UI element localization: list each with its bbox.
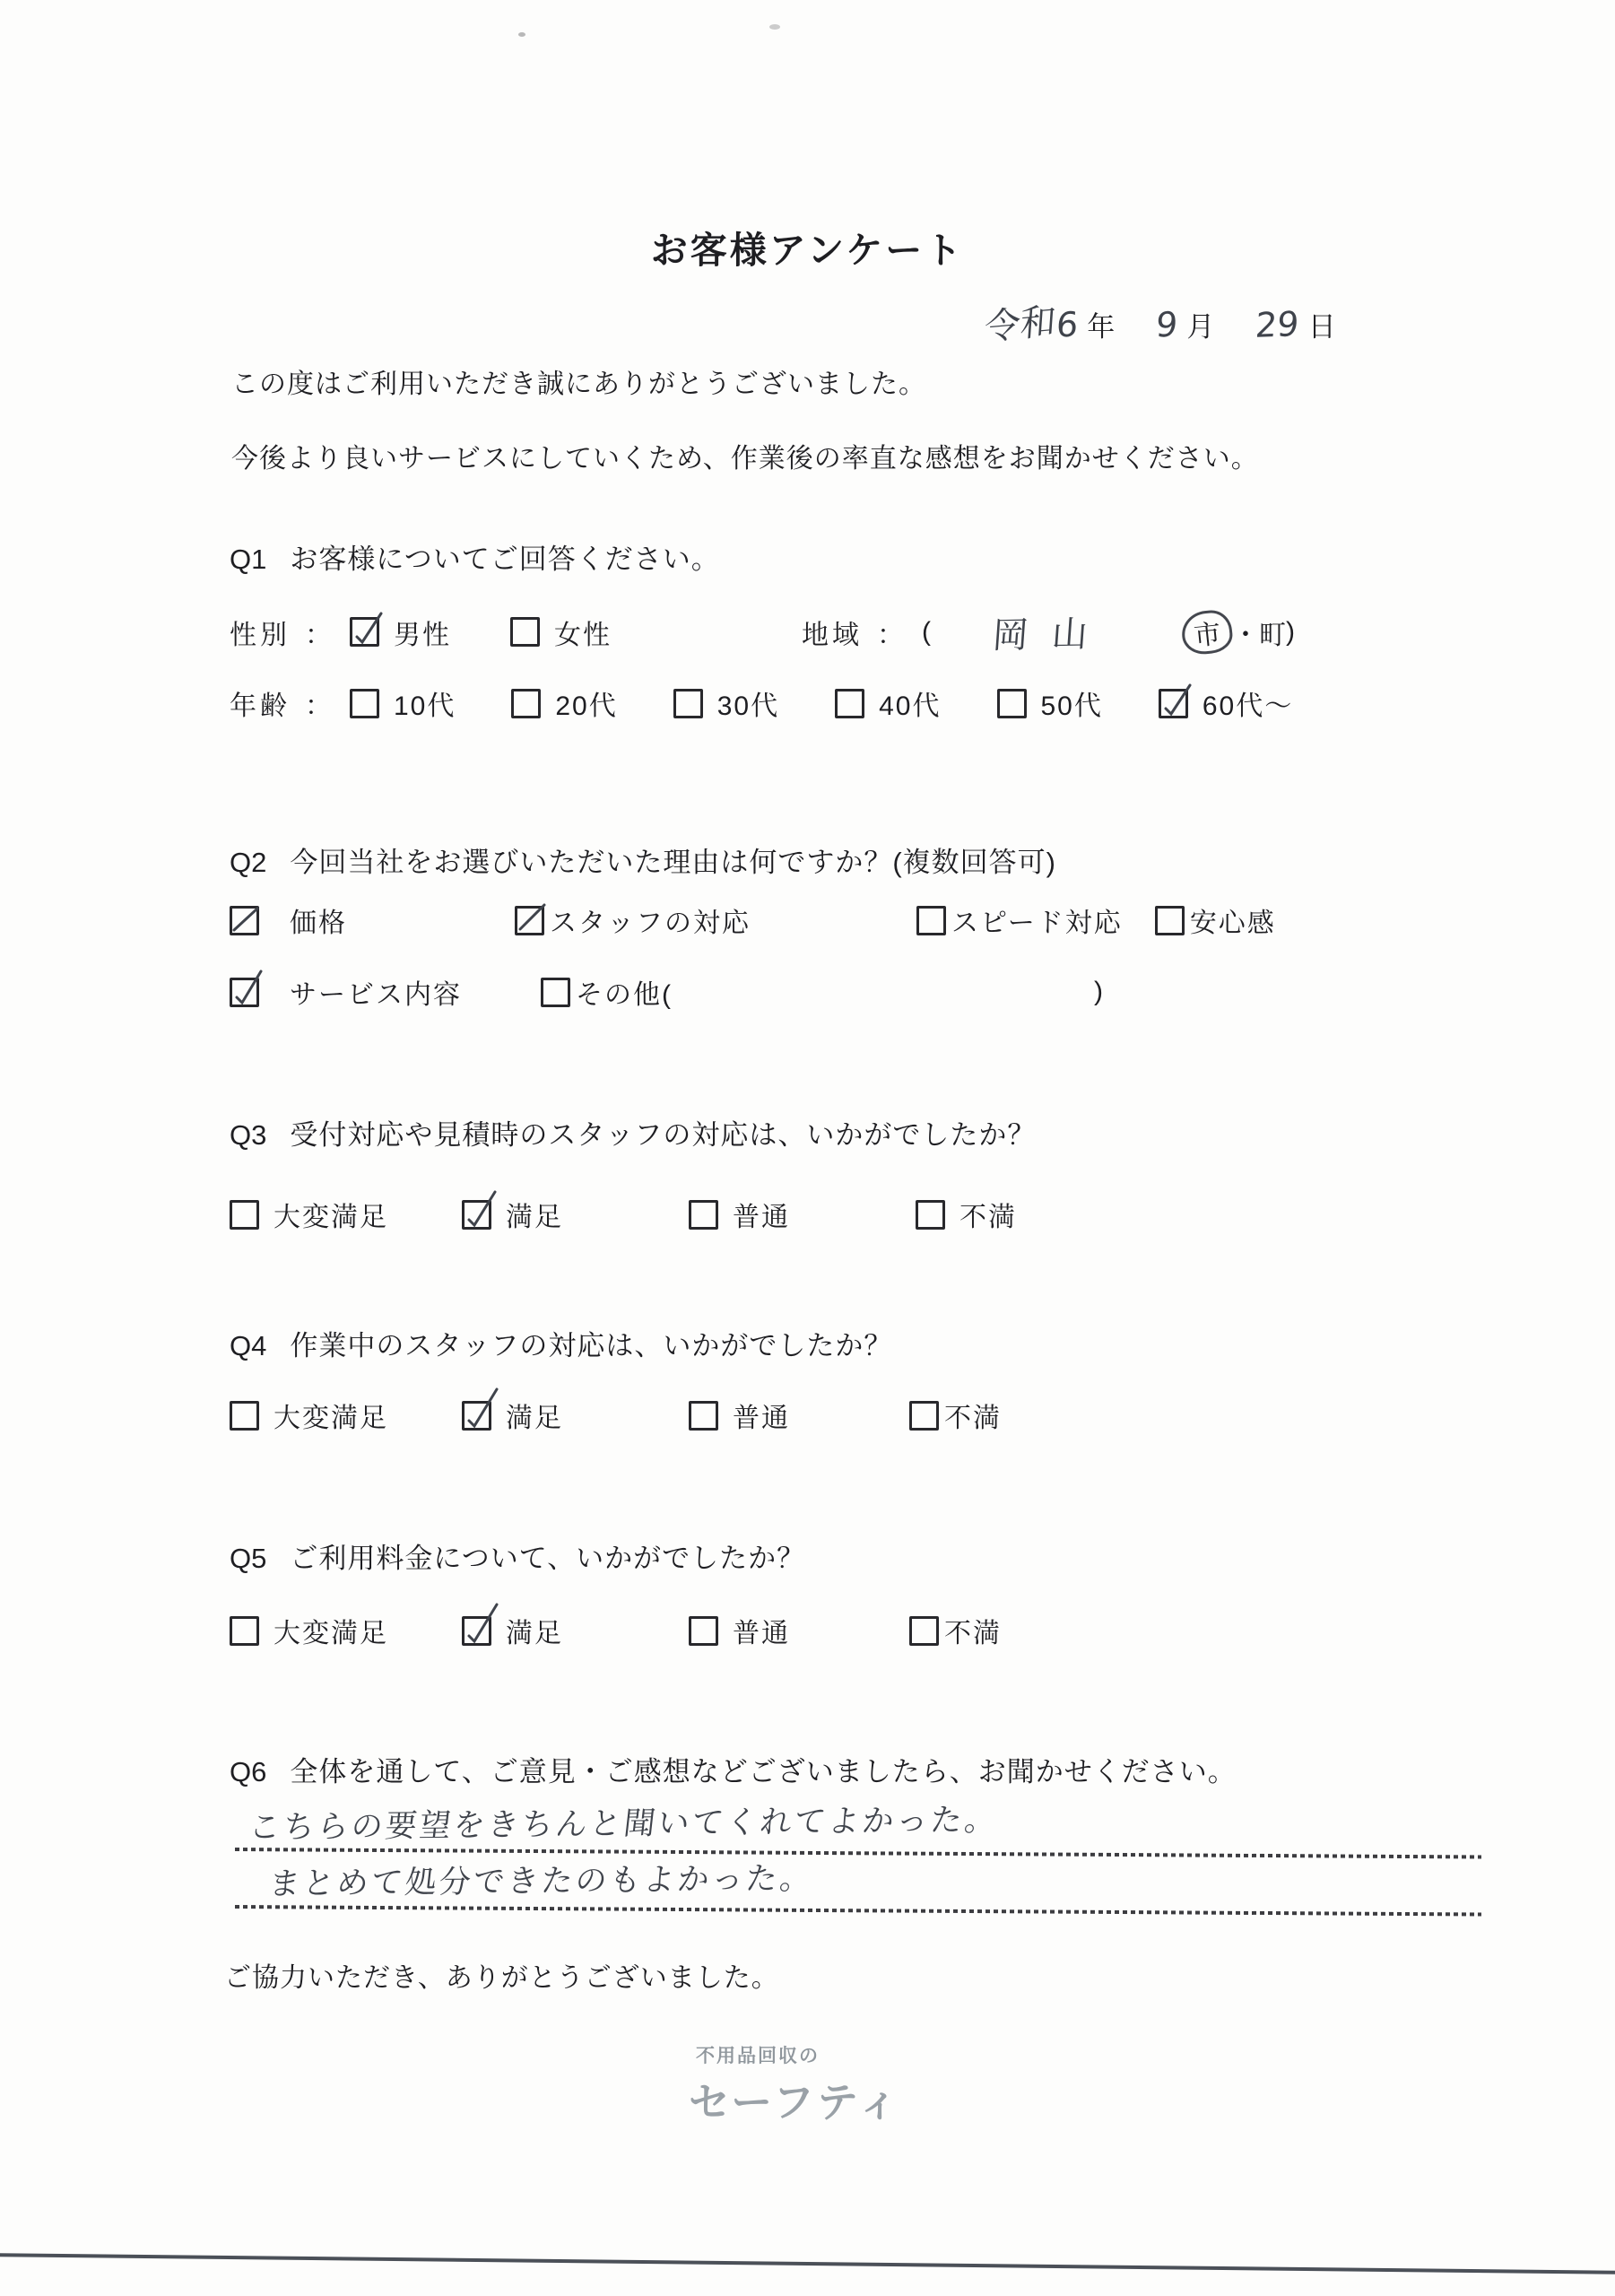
date-era-handwritten: 令和 [983,292,1058,351]
checkbox-age-20s [511,689,541,718]
scan-speck [518,32,525,37]
option-q3-dissatisfied: 不満 [916,1195,1017,1234]
check-mark-icon [1159,690,1189,719]
option-q4-dissatisfied: 不満 [909,1396,1002,1435]
option-label: 40代 [879,683,941,723]
q4-number: Q4 [230,1330,266,1362]
option-q5-dissatisfied: 不満 [909,1611,1002,1650]
option-label: 不満 [959,1195,1017,1234]
check-mark-icon [463,1402,492,1431]
q2-header: Q2 今回当社をお選びいただいた理由は何ですか？(複数回答可) [230,839,1056,880]
option-q4-satisfied: 満足 [462,1396,563,1435]
option-staff-response: スタッフの対応 [515,900,751,940]
gender-colon: ： [305,613,332,652]
option-label: 30代 [717,683,779,723]
option-label: 安心感 [1190,900,1276,940]
option-label: 大変満足 [274,1611,388,1650]
option-q5-neutral: 普通 [689,1611,790,1650]
q2-question: 今回当社をお選びいただいた理由は何ですか？(複数回答可) [290,839,1056,880]
option-label: スピード対応 [951,900,1123,940]
checkbox-q5-dissatisfied [909,1616,939,1646]
check-mark-icon [230,907,260,936]
option-q5-very-satisfied: 大変満足 [230,1611,388,1650]
checkbox-age-50s [997,689,1027,718]
option-label: 男性 [394,613,451,652]
option-label: 50代 [1041,683,1103,723]
q4-question: 作業中のスタッフの対応は、いかがでしたか？ [290,1323,892,1363]
option-label: 普通 [733,1195,790,1234]
check-mark-icon [463,1617,492,1647]
age-row: 年齢 ： 10代 20代 30代 40代 50代 60代～ [230,683,1293,723]
option-price: 価格 [230,900,347,940]
intro-line-2: 今後より良いサービスにしていくため、作業後の率直な感想をお聞かせください。 [231,436,1259,475]
option-label: 満足 [506,1396,563,1435]
option-q4-very-satisfied: 大変満足 [230,1396,388,1435]
option-female: 女性 [510,613,612,652]
q3-number: Q3 [230,1119,266,1152]
closing-text: ご協力いただき、ありがとうございました。 [224,1955,779,1995]
option-label: その他( [576,972,673,1012]
option-q5-satisfied: 満足 [462,1611,563,1650]
q6-answer-line-1-handwritten: こちらの要望をきちんと聞いてくれてよかった。 [247,1796,1002,1848]
region-town-label: 町 [1259,613,1286,652]
date-day-unit: 日 [1308,304,1336,344]
region-city-label: 市 [1192,611,1222,653]
customer-survey-scan: お客様アンケート 令和 6 年 9 月 29 日 この度はご利用いただき誠にあり… [0,0,1615,2296]
region-dot: ・ [1232,613,1259,652]
option-label: 大変満足 [274,1195,388,1234]
checkbox-age-10s [350,689,379,718]
q2-number: Q2 [230,847,266,879]
checkbox-q4-satisfied [462,1401,491,1431]
option-label: 普通 [733,1611,790,1650]
region-close-paren: ) [1286,617,1295,648]
option-label: 60代～ [1203,683,1293,723]
q5-header: Q5 ご利用料金について、いかがでしたか？ [230,1535,805,1576]
option-label: スタッフの対応 [550,900,751,940]
option-label: 10代 [394,683,456,723]
age-label: 年齢 [230,683,291,723]
option-service-content: サービス内容 [230,972,462,1012]
check-mark-icon [230,978,260,1008]
region-field: 地域 ： ( 岡山 市 ・ 町 ) [802,606,1295,657]
option-q4-neutral: 普通 [689,1396,790,1435]
logo-tagline: 不用品回収の [696,2041,901,2068]
q2-options-row-1: 価格 スタッフの対応 スピード対応 安心感 [230,900,1276,940]
option-label: 価格 [290,900,347,940]
checkbox-speed-response [916,906,946,935]
date-year-unit: 年 [1087,304,1115,344]
date-year-handwritten: 6 [1055,305,1079,345]
checkbox-staff-response [515,906,544,935]
checkbox-male [350,617,379,647]
q4-options-row: 大変満足 満足 普通 不満 [230,1396,1002,1435]
scan-edge-line [0,2253,1615,2275]
survey-date: 令和 6 年 9 月 29 日 [985,296,1336,347]
q3-question: 受付対応や見積時のスタッフの対応は、いかがでしたか？ [290,1112,1036,1152]
age-colon: ： [305,683,332,723]
option-speed-response: スピード対応 [916,900,1123,940]
q6-number: Q6 [230,1756,266,1788]
checkbox-other [541,978,570,1007]
checkbox-q3-neutral [689,1200,718,1230]
checkbox-q5-very-satisfied [230,1616,259,1646]
option-label: 不満 [944,1396,1002,1435]
page-title: お客様アンケート [0,221,1615,274]
option-age-50s: 50代 [997,683,1103,723]
region-colon: ： [877,613,904,652]
q5-options-row: 大変満足 満足 普通 不満 [230,1611,1002,1650]
option-q3-neutral: 普通 [689,1195,790,1234]
check-mark-icon [516,907,545,936]
option-male: 男性 [350,613,451,652]
option-label: 不満 [944,1611,1002,1650]
checkbox-age-40s [835,689,864,718]
q6-header: Q6 全体を通して、ご意見・ご感想などございましたら、お聞かせください。 [230,1749,1237,1789]
region-label: 地域 [802,613,863,652]
q4-header: Q4 作業中のスタッフの対応は、いかがでしたか？ [230,1323,892,1363]
option-label: 大変満足 [274,1396,388,1435]
option-label: 普通 [733,1396,790,1435]
option-other: その他( [541,972,673,1012]
checkbox-q4-very-satisfied [230,1401,259,1431]
checkbox-age-30s [673,689,703,718]
option-age-20s: 20代 [511,683,617,723]
scan-speck [769,24,780,30]
check-mark-icon [463,1201,492,1231]
option-age-10s: 10代 [350,683,456,723]
q1-number: Q1 [230,544,266,576]
q5-question: ご利用料金について、いかがでしたか？ [290,1535,805,1576]
q6-question: 全体を通して、ご意見・ご感想などございましたら、お聞かせください。 [290,1749,1236,1789]
q5-number: Q5 [230,1543,266,1575]
other-close-paren: ) [1094,977,1103,1007]
answer-dotted-line [235,1905,1481,1916]
logo-name: セーフティ [689,2070,901,2129]
q6-answer-line-2-handwritten: まとめて処分できたのもよかった。 [266,1854,817,1904]
gender-row: 性別 ： 男性 女性 地域 ： ( 岡山 市 ・ 町 ) [230,606,1295,657]
checkbox-q5-neutral [689,1616,718,1646]
checkbox-q4-neutral [689,1401,718,1431]
option-reassurance: 安心感 [1155,900,1276,940]
intro-line-1: この度はご利用いただき誠にありがとうございました。 [231,361,926,401]
region-city-circle: 市 [1180,608,1235,657]
checkbox-q4-dissatisfied [909,1401,939,1431]
q2-options-row-2: サービス内容 その他( ) [230,972,1103,1012]
option-label: 女性 [554,613,612,652]
checkbox-q3-very-satisfied [230,1200,259,1230]
option-q3-very-satisfied: 大変満足 [230,1195,388,1234]
date-day-handwritten: 29 [1255,304,1300,345]
company-logo: 不用品回収の セーフティ [689,2041,901,2129]
checkbox-price [230,906,259,935]
option-label: 満足 [506,1611,563,1650]
date-month-unit: 月 [1186,304,1214,344]
checkbox-female [510,617,540,647]
q3-header: Q3 受付対応や見積時のスタッフの対応は、いかがでしたか？ [230,1112,1036,1152]
checkbox-q3-dissatisfied [916,1200,945,1230]
option-label: 20代 [555,683,617,723]
checkbox-service-content [230,978,259,1007]
checkbox-q5-satisfied [462,1616,491,1646]
region-value-handwritten: 岡山 [929,604,1175,660]
option-age-30s: 30代 [673,683,779,723]
check-mark-icon [351,618,380,648]
option-q3-satisfied: 満足 [462,1195,563,1234]
checkbox-q3-satisfied [462,1200,491,1230]
option-age-60s-plus: 60代～ [1159,683,1293,723]
q3-options-row: 大変満足 満足 普通 不満 [230,1195,1017,1234]
date-month-handwritten: 9 [1155,305,1179,345]
gender-label: 性別 [230,613,291,652]
checkbox-reassurance [1155,906,1185,935]
option-label: サービス内容 [290,972,462,1012]
option-age-40s: 40代 [835,683,941,723]
q1-header: Q1 お客様についてご回答ください。 [230,536,720,577]
checkbox-age-60s-plus [1159,689,1188,718]
option-label: 満足 [506,1195,563,1234]
q1-question: お客様についてご回答ください。 [290,536,719,577]
